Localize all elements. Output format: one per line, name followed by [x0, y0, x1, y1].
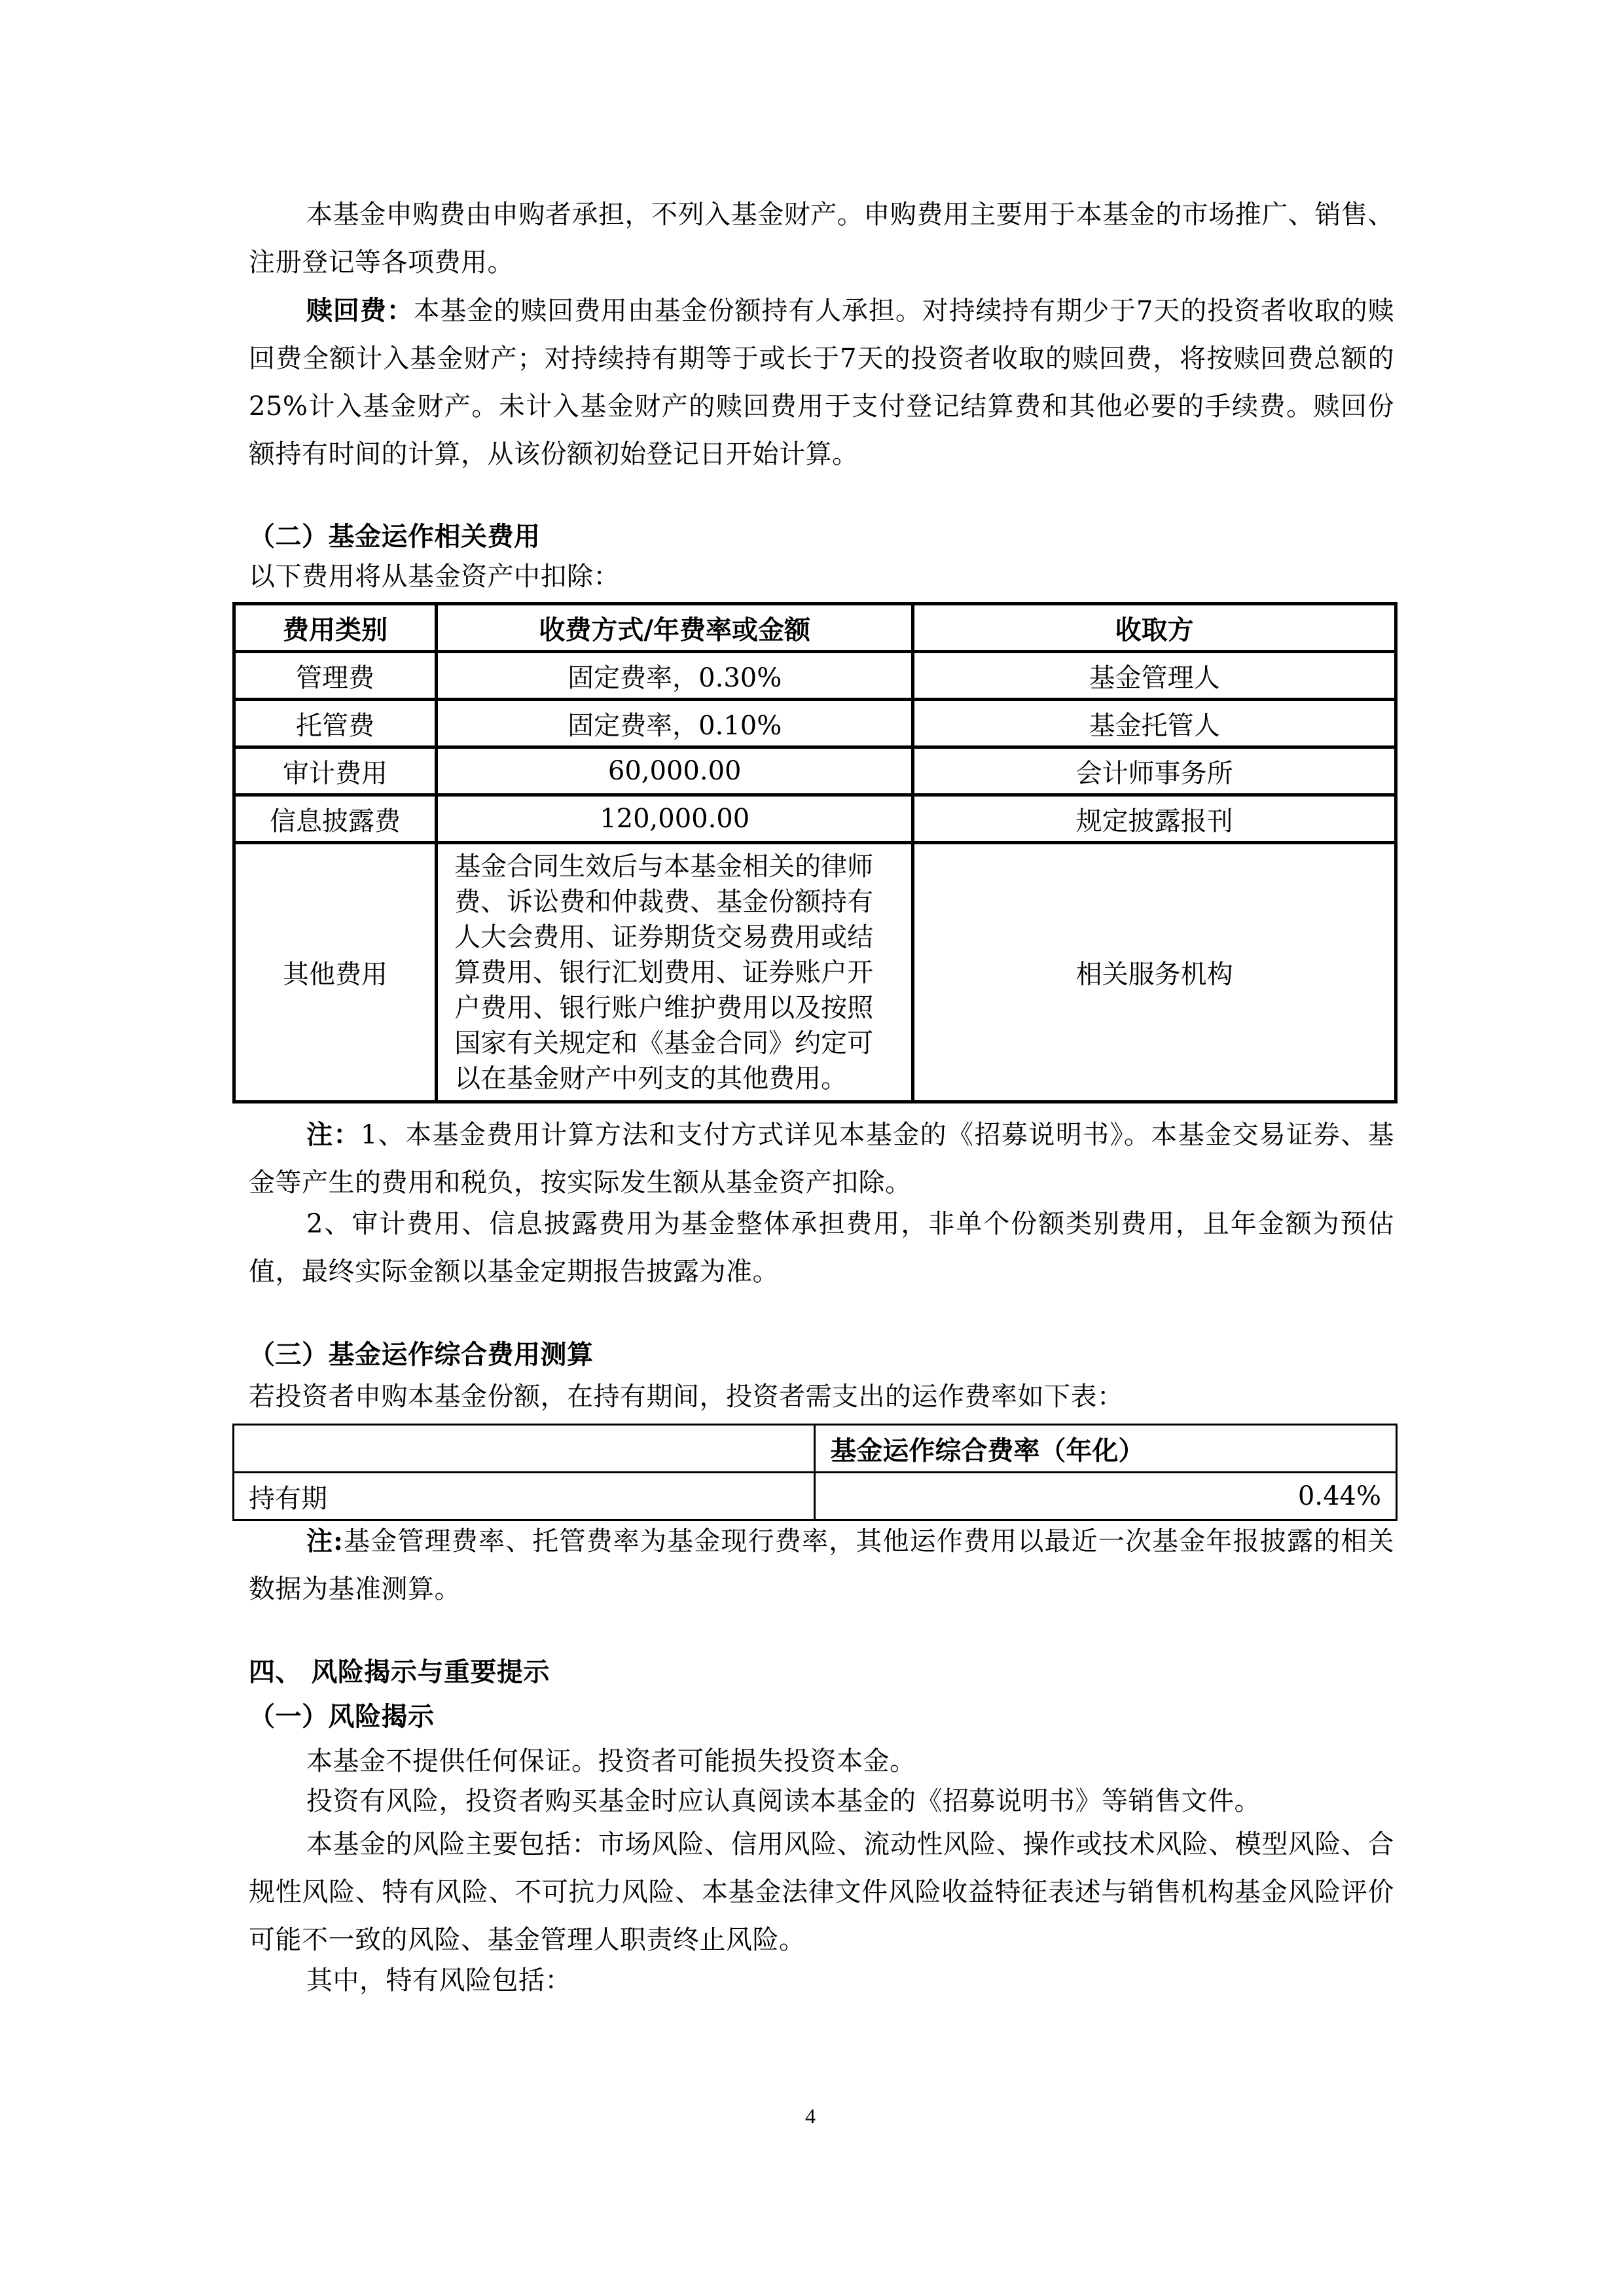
table-row: 持有期 0.44% [234, 1473, 1397, 1520]
note-text: 1、本基金费用计算方法和支付方式详见本基金的《招募说明书》。本基金交易证券、基金… [249, 1120, 1394, 1198]
header-comprehensive-rate: 基金运作综合费率（年化） [815, 1425, 1397, 1473]
fee-recipient: 会计师事务所 [913, 747, 1396, 795]
note-text: 基金管理费率、托管费率为基金现行费率，其他运作费用以最近一次基金年报披露的相关数… [249, 1526, 1394, 1604]
header-fee-category: 费用类别 [234, 604, 437, 652]
table-row: 其他费用 基金合同生效后与本基金相关的律师费、诉讼费和仲裁费、基金份额持有人大会… [234, 843, 1396, 1102]
section2-intro: 以下费用将从基金资产中扣除： [249, 553, 1394, 601]
section3-note: 注:基金管理费率、托管费率为基金现行费率，其他运作费用以最近一次基金年报披露的相… [249, 1517, 1394, 1613]
section3-title: （三）基金运作综合费用测算 [249, 1335, 1394, 1374]
section3-intro: 若投资者申购本基金份额，在持有期间，投资者需支出的运作费率如下表： [249, 1373, 1394, 1421]
comprehensive-rate-value: 0.44% [815, 1473, 1397, 1520]
fee-method: 120,000.00 [437, 795, 913, 843]
risk-paragraph-3: 本基金的风险主要包括：市场风险、信用风险、流动性风险、操作或技术风险、模型风险、… [249, 1821, 1394, 1964]
note-label: 注: [306, 1526, 343, 1556]
fee-recipient: 基金托管人 [913, 700, 1396, 747]
redemption-fee-paragraph: 赎回费：本基金的赎回费用由基金份额持有人承担。对持续持有期少于7天的投资者收取的… [249, 287, 1394, 478]
header-fee-method: 收费方式/年费率或金额 [437, 604, 913, 652]
section4-title: 四、 风险揭示与重要提示 [249, 1653, 1394, 1692]
fee-recipient: 规定披露报刊 [913, 795, 1396, 843]
header-fee-recipient: 收取方 [913, 604, 1396, 652]
table-header-row: 费用类别 收费方式/年费率或金额 收取方 [234, 604, 1396, 652]
table-row: 管理费 固定费率，0.30% 基金管理人 [234, 652, 1396, 700]
table-row: 信息披露费 120,000.00 规定披露报刊 [234, 795, 1396, 843]
fee-category: 管理费 [234, 652, 437, 700]
fee-method: 基金合同生效后与本基金相关的律师费、诉讼费和仲裁费、基金份额持有人大会费用、证券… [437, 843, 913, 1102]
redemption-fee-label: 赎回费： [306, 295, 414, 326]
section2-note2: 2、审计费用、信息披露费用为基金整体承担费用，非单个份额类别费用，且年金额为预估… [249, 1200, 1394, 1296]
fee-method: 60,000.00 [437, 747, 913, 795]
table-row: 审计费用 60,000.00 会计师事务所 [234, 747, 1396, 795]
risk-paragraph-4: 其中，特有风险包括： [249, 1957, 1394, 2005]
fee-category: 其他费用 [234, 843, 437, 1102]
section2-title: （二）基金运作相关费用 [249, 517, 1394, 556]
operating-fees-table: 费用类别 收费方式/年费率或金额 收取方 管理费 固定费率，0.30% 基金管理… [232, 602, 1398, 1103]
holding-period-label: 持有期 [234, 1473, 815, 1520]
header-empty [234, 1425, 815, 1473]
redemption-fee-text: 本基金的赎回费用由基金份额持有人承担。对持续持有期少于7天的投资者收取的赎回费全… [249, 296, 1394, 469]
fee-category: 托管费 [234, 700, 437, 747]
fee-category: 信息披露费 [234, 795, 437, 843]
section2-note1: 注：1、本基金费用计算方法和支付方式详见本基金的《招募说明书》。本基金交易证券、… [249, 1111, 1394, 1207]
fee-method: 固定费率，0.30% [437, 652, 913, 700]
page-number: 4 [805, 2104, 816, 2128]
comprehensive-fee-table: 基金运作综合费率（年化） 持有期 0.44% [232, 1424, 1398, 1521]
fee-recipient: 相关服务机构 [913, 843, 1396, 1102]
risk-paragraph-2: 投资有风险，投资者购买基金时应认真阅读本基金的《招募说明书》等销售文件。 [249, 1778, 1394, 1825]
fee-category: 审计费用 [234, 747, 437, 795]
fee-method: 固定费率，0.10% [437, 700, 913, 747]
note-label: 注： [306, 1119, 361, 1150]
table-header-row: 基金运作综合费率（年化） [234, 1425, 1397, 1473]
table-row: 托管费 固定费率，0.10% 基金托管人 [234, 700, 1396, 747]
fee-recipient: 基金管理人 [913, 652, 1396, 700]
section4-subtitle: （一）风险揭示 [249, 1697, 1394, 1736]
subscription-fee-paragraph: 本基金申购费由申购者承担，不列入基金财产。申购费用主要用于本基金的市场推广、销售… [249, 191, 1394, 287]
